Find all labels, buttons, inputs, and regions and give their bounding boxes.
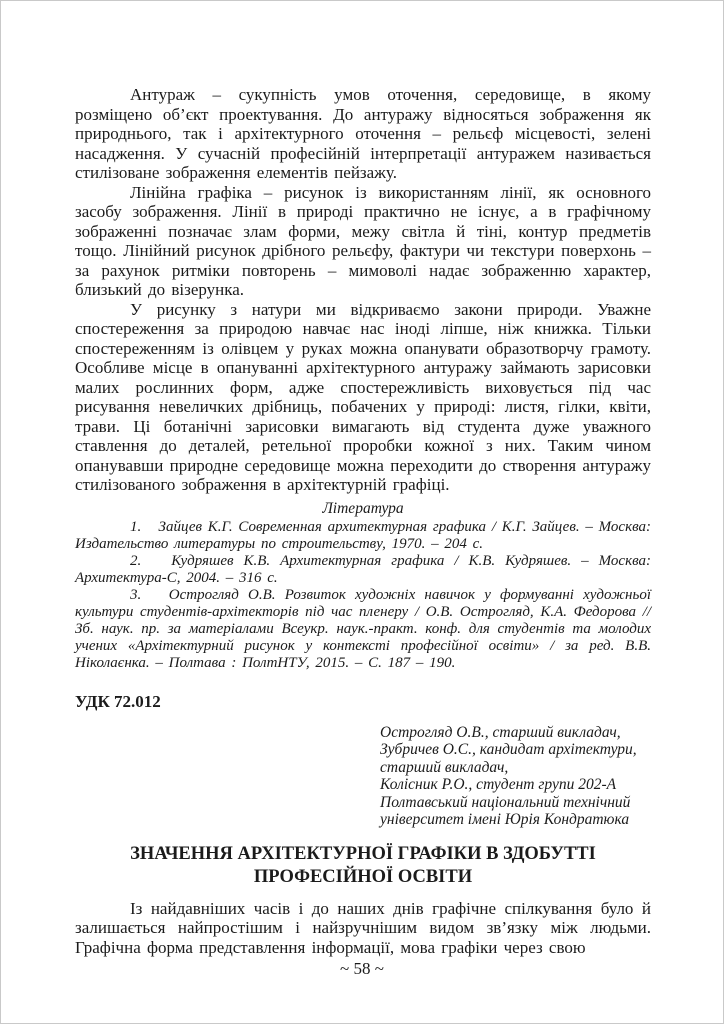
page-number: ~ 58 ~: [1, 959, 723, 979]
article-title: ЗНАЧЕННЯ АРХІТЕКТУРНОЇ ГРАФІКИ В ЗДОБУТТ…: [75, 843, 651, 889]
literature-section: Література 1. Зайцев К.Г. Современная ар…: [75, 499, 651, 672]
paragraph-rysunok-z-natury: У рисунку з натури ми відкриваємо закони…: [75, 300, 651, 495]
affiliation-line-1: Полтавський національний технічний: [380, 794, 651, 812]
affiliation-line-2: університет імені Юрія Кондратюка: [380, 811, 651, 829]
paragraph-anturazh: Антураж – сукупність умов оточення, сере…: [75, 85, 651, 183]
article-title-line-2: ПРОФЕСІЙНОЇ ОСВІТИ: [254, 867, 472, 887]
article-title-line-1: ЗНАЧЕННЯ АРХІТЕКТУРНОЇ ГРАФІКИ В ЗДОБУТТ…: [130, 844, 596, 864]
paragraph-intro: Із найдавніших часів і до наших днів гра…: [75, 899, 651, 958]
authors-block: Острогляд О.В., старший викладач, Зубрич…: [380, 724, 651, 829]
author-line-4: Колісник Р.О., студент групи 202-А: [380, 776, 651, 794]
document-page: Антураж – сукупність умов оточення, сере…: [0, 0, 724, 1024]
literature-item-1: 1. Зайцев К.Г. Современная архитектурная…: [75, 519, 651, 553]
literature-item-3: 3. Острогляд О.В. Розвиток художніх нави…: [75, 587, 651, 672]
author-line-3: старший викладач,: [380, 759, 651, 777]
author-line-2: Зубричев О.С., кандидат архітектури,: [380, 741, 651, 759]
udk-code: УДК 72.012: [75, 692, 651, 712]
literature-heading: Література: [75, 499, 651, 519]
literature-item-2: 2. Кудряшев К.В. Архитектурная графика /…: [75, 553, 651, 587]
author-line-1: Острогляд О.В., старший викладач,: [380, 724, 651, 742]
paragraph-liniina-hrafika: Лінійна графіка – рисунок із використанн…: [75, 183, 651, 300]
